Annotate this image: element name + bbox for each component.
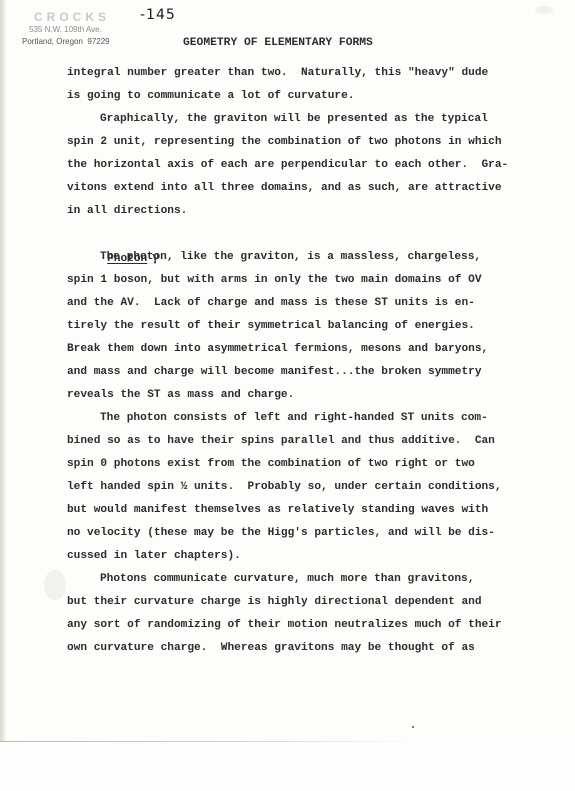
text-line: and mass and charge will become manifest… [67,361,537,384]
scan-background [0,742,575,791]
section-heading-line: Photonγ [67,223,537,246]
text-line: integral number greater than two. Natura… [67,62,537,85]
text-line: own curvature charge. Whereas gravitons … [67,637,537,660]
body-text: integral number greater than two. Natura… [67,62,537,660]
text-line: spin 1 boson, but with arms in only the … [67,269,537,292]
paragraph-start-line: The photon consists of left and right-ha… [67,407,537,430]
paragraph-start-line: Photons communicate curvature, much more… [67,568,537,591]
speck-mark [412,726,414,728]
text-line: vitons extend into all three domains, an… [67,177,537,200]
paragraph-start-line: Graphically, the graviton will be presen… [67,108,537,131]
stamp-address-line2: Portland, Oregon 97229 [22,37,110,46]
text-line: and the AV. Lack of charge and mass is t… [67,292,537,315]
handwritten-page-number: -145 [140,7,176,23]
address-stamp: CROCKS -145 535 N.W. 109th Ave. Portland… [26,8,186,52]
stamp-address-line1: 535 N.W. 109th Ave. [29,25,102,34]
text-line: bined so as to have their spins parallel… [67,430,537,453]
text-line: but would manifest themselves as relativ… [67,499,537,522]
text-line: is going to communicate a lot of curvatu… [67,85,537,108]
text-line: Break them down into asymmetrical fermio… [67,338,537,361]
text-line: any sort of randomizing of their motion … [67,614,537,637]
text-line: spin 0 photons exist from the combinatio… [67,453,537,476]
text-line: no velocity (these may be the Higg's par… [67,522,537,545]
text-line: left handed spin ½ units. Probably so, u… [67,476,537,499]
text-line: tirely the result of their symmetrical b… [67,315,537,338]
text-line: but their curvature charge is highly dir… [67,591,537,614]
text-line: reveals the ST as mass and charge. [67,384,537,407]
text-line: cussed in later chapters). [67,545,537,568]
scanner-edge-strip [0,0,6,791]
text-line: the horizontal axis of each are perpendi… [67,154,537,177]
page-title: GEOMETRY OF ELEMENTARY FORMS [183,37,373,49]
document-page: CROCKS -145 535 N.W. 109th Ave. Portland… [0,0,575,791]
text-line: spin 2 unit, representing the combinatio… [67,131,537,154]
text-line: in all directions. [67,200,537,223]
smudge-mark [535,6,553,14]
stamp-name: CROCKS [34,10,110,24]
smudge-mark [44,570,66,600]
paragraph-start-line: The photon, like the graviton, is a mass… [67,246,537,269]
